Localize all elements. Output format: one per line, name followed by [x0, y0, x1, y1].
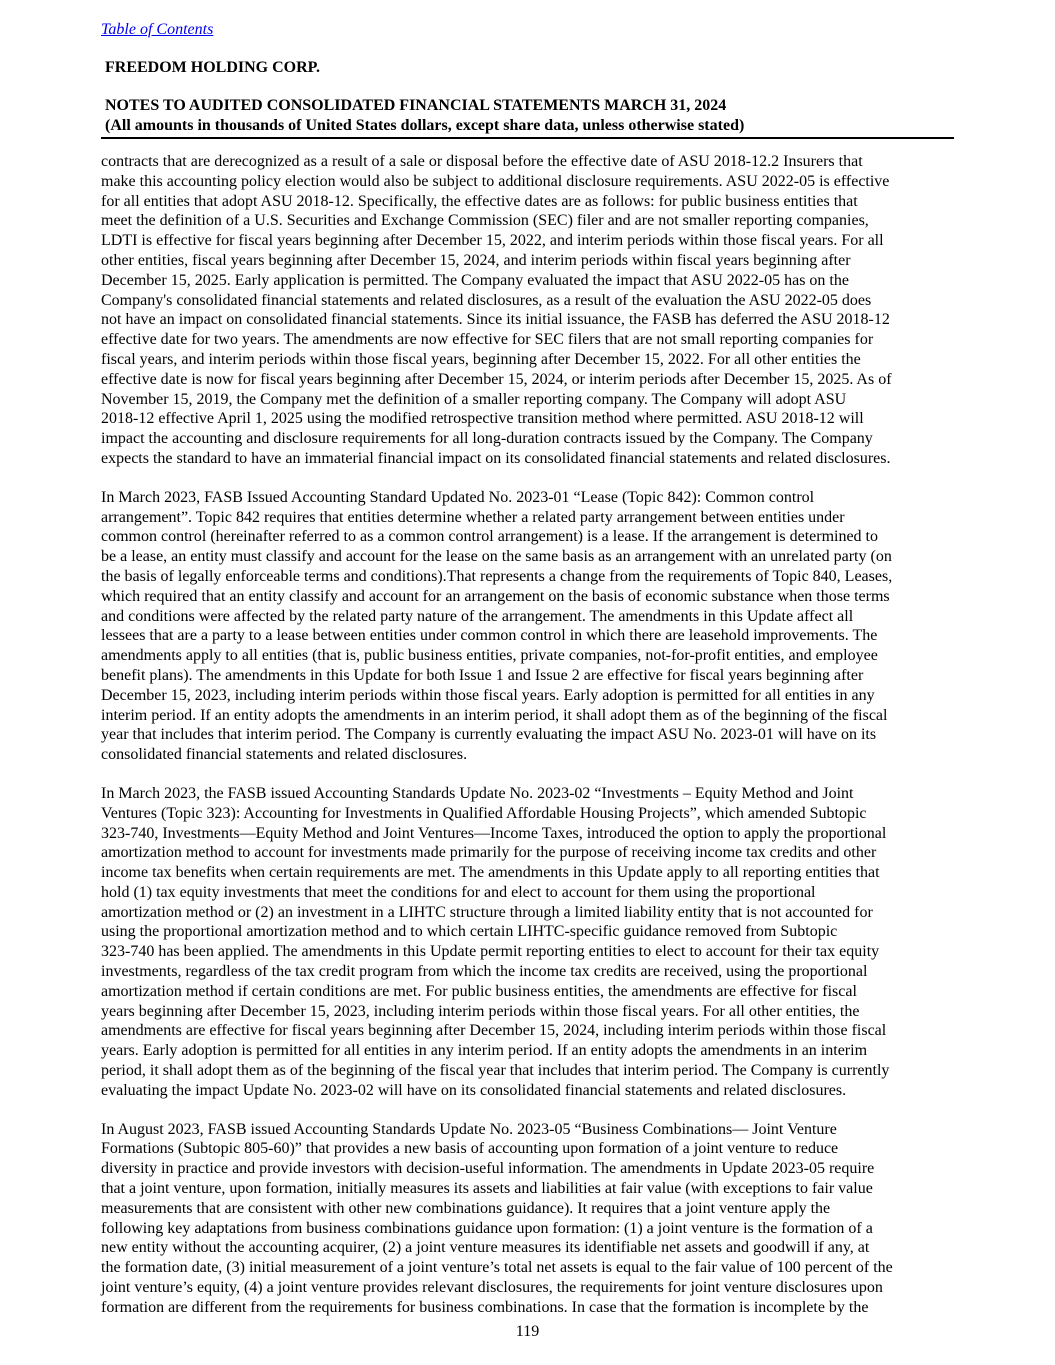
text-line: impact the accounting and disclosure req… — [101, 429, 961, 449]
text-line: hold (1) tax equity investments that mee… — [101, 883, 961, 903]
text-line: other entities, fiscal years beginning a… — [101, 251, 961, 271]
text-line: Ventures (Topic 323): Accounting for Inv… — [101, 804, 961, 824]
text-line: effective date is now for fiscal years b… — [101, 370, 961, 390]
text-line: years. Early adoption is permitted for a… — [101, 1041, 961, 1061]
table-of-contents-link[interactable]: Table of Contents — [101, 20, 213, 40]
text-line: using the proportional amortization meth… — [101, 922, 961, 942]
paragraph-asu-2023-05: In August 2023, FASB issued Accounting S… — [101, 1120, 961, 1318]
text-line: arrangement”. Topic 842 requires that en… — [101, 508, 961, 528]
text-line: amortization method if certain condition… — [101, 982, 961, 1002]
text-line: not have an impact on consolidated finan… — [101, 310, 961, 330]
text-line: benefit plans). The amendments in this U… — [101, 666, 961, 686]
text-line: effective date for two years. The amendm… — [101, 330, 961, 350]
text-line: make this accounting policy election wou… — [101, 172, 961, 192]
text-line: In March 2023, FASB Issued Accounting St… — [101, 488, 961, 508]
text-line: and conditions were affected by the rela… — [101, 607, 961, 627]
text-line: December 15, 2023, including interim per… — [101, 686, 961, 706]
text-line: meet the definition of a U.S. Securities… — [101, 211, 961, 231]
text-line: years beginning after December 15, 2023,… — [101, 1002, 961, 1022]
text-line: In March 2023, the FASB issued Accountin… — [101, 784, 961, 804]
text-line: be a lease, an entity must classify and … — [101, 547, 961, 567]
text-line: investments, regardless of the tax credi… — [101, 962, 961, 982]
text-line: joint venture’s equity, (4) a joint vent… — [101, 1278, 961, 1298]
text-line: period, it shall adopt them as of the be… — [101, 1061, 961, 1081]
text-line: 323-740 has been applied. The amendments… — [101, 942, 961, 962]
page-subtitle: (All amounts in thousands of United Stat… — [105, 116, 744, 136]
text-line: following key adaptations from business … — [101, 1219, 961, 1239]
text-line: evaluating the impact Update No. 2023-02… — [101, 1081, 961, 1101]
document-body: contracts that are derecognized as a res… — [101, 152, 961, 1337]
text-line: contracts that are derecognized as a res… — [101, 152, 961, 172]
text-line: amendments are effective for fiscal year… — [101, 1021, 961, 1041]
text-line: amortization method to account for inves… — [101, 843, 961, 863]
text-line: formation are different from the require… — [101, 1298, 961, 1318]
text-line: expects the standard to have an immateri… — [101, 449, 961, 469]
text-line: amortization method or (2) an investment… — [101, 903, 961, 923]
text-line: 323-740, Investments—Equity Method and J… — [101, 824, 961, 844]
paragraph-asu-2022-05: contracts that are derecognized as a res… — [101, 152, 961, 469]
text-line: for all entities that adopt ASU 2018-12.… — [101, 192, 961, 212]
text-line: new entity without the accounting acquir… — [101, 1238, 961, 1258]
paragraph-asu-2023-02: In March 2023, the FASB issued Accountin… — [101, 784, 961, 1101]
page-title: NOTES TO AUDITED CONSOLIDATED FINANCIAL … — [105, 96, 726, 116]
text-line: Formations (Subtopic 805-60)” that provi… — [101, 1139, 961, 1159]
text-line: measurements that are consistent with ot… — [101, 1199, 961, 1219]
text-line: 2018-12 effective April 1, 2025 using th… — [101, 409, 961, 429]
text-line: In August 2023, FASB issued Accounting S… — [101, 1120, 961, 1140]
page-number: 119 — [0, 1322, 1055, 1342]
text-line: interim period. If an entity adopts the … — [101, 706, 961, 726]
text-line: amendments apply to all entities (that i… — [101, 646, 961, 666]
text-line: the formation date, (3) initial measurem… — [101, 1258, 961, 1278]
text-line: income tax benefits when certain require… — [101, 863, 961, 883]
text-line: consolidated financial statements and re… — [101, 745, 961, 765]
text-line: lessees that are a party to a lease betw… — [101, 626, 961, 646]
text-line: December 15, 2025. Early application is … — [101, 271, 961, 291]
text-line: Company's consolidated financial stateme… — [101, 291, 961, 311]
header-divider — [101, 137, 954, 139]
text-line: common control (hereinafter referred to … — [101, 527, 961, 547]
text-line: year that includes that interim period. … — [101, 725, 961, 745]
company-name: FREEDOM HOLDING CORP. — [105, 58, 320, 78]
text-line: the basis of legally enforceable terms a… — [101, 567, 961, 587]
text-line: fiscal years, and interim periods within… — [101, 350, 961, 370]
text-line: that a joint venture, upon formation, in… — [101, 1179, 961, 1199]
text-line: diversity in practice and provide invest… — [101, 1159, 961, 1179]
text-line: November 15, 2019, the Company met the d… — [101, 390, 961, 410]
text-line: LDTI is effective for fiscal years begin… — [101, 231, 961, 251]
text-line: which required that an entity classify a… — [101, 587, 961, 607]
paragraph-asu-2023-01: In March 2023, FASB Issued Accounting St… — [101, 488, 961, 765]
